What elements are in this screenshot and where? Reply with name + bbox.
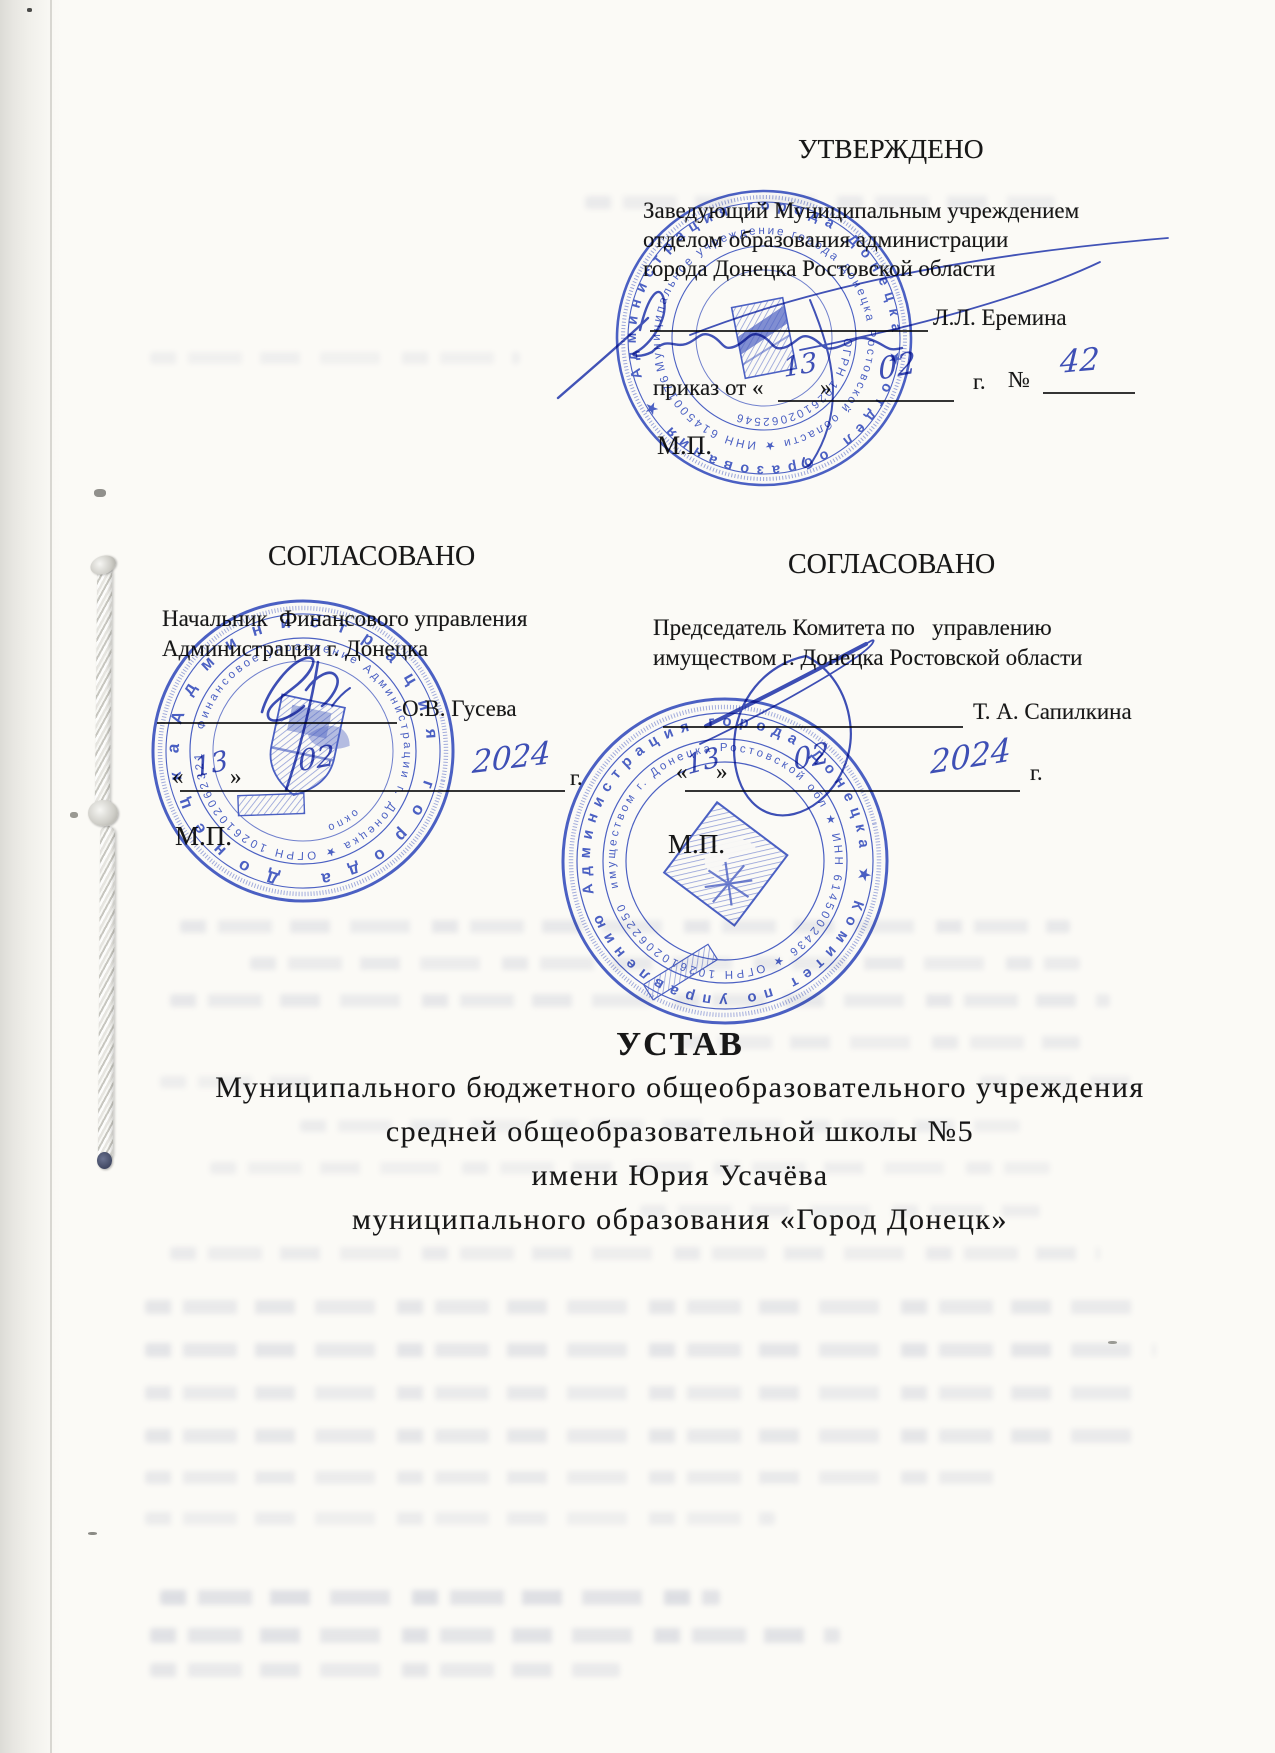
binding-thread-lower xyxy=(98,826,115,1160)
thread-end-bead xyxy=(97,1152,112,1169)
scan-speck xyxy=(70,812,78,818)
binding-thread-upper xyxy=(95,566,113,810)
thread-knot-top xyxy=(88,552,119,578)
bleedthrough-line xyxy=(145,1386,1145,1400)
document-title-line-3: средней общеобразовательной школы №5 xyxy=(150,1115,1210,1149)
document-title-line-2: Муниципального бюджетного общеобразовате… xyxy=(150,1071,1210,1105)
scan-speck xyxy=(1108,1341,1117,1344)
bleedthrough-line xyxy=(150,1628,840,1643)
bleedthrough-line xyxy=(160,1590,720,1605)
thread-knot-middle xyxy=(88,800,118,826)
bleedthrough-line xyxy=(145,1429,1150,1443)
order-month-handwritten: 02 xyxy=(877,345,916,388)
scan-speck xyxy=(88,1532,97,1535)
signature-sapilkina xyxy=(690,630,890,830)
bleedthrough-line xyxy=(145,1512,775,1525)
bleedthrough-line xyxy=(150,352,520,364)
order-number-handwritten: 42 xyxy=(1059,341,1100,381)
agreed-right-year-handwritten: 2024 xyxy=(930,730,1011,781)
bleedthrough-line xyxy=(145,1471,1005,1484)
bleedthrough-line xyxy=(150,1663,620,1677)
scan-speck xyxy=(27,8,32,12)
agreed-left-month-handwritten: 02 xyxy=(298,738,336,779)
bleedthrough-line xyxy=(145,1343,1155,1357)
scan-speck xyxy=(94,489,106,497)
agreed-right-heading: СОГЛАСОВАНО xyxy=(788,549,995,581)
document-title-line-4: имени Юрия Усачёва xyxy=(150,1159,1210,1193)
order-day-handwritten: 13 xyxy=(782,347,818,384)
document-title-line-5: муниципального образования «Город Донецк… xyxy=(150,1203,1210,1237)
bleedthrough-line xyxy=(170,1247,1100,1260)
agreed-right-signer-name: Т. А. Сапилкина xyxy=(973,699,1132,725)
agreed-left-heading: СОГЛАСОВАНО xyxy=(268,541,475,573)
agreed-right-year-label: г. xyxy=(1030,760,1043,786)
bleedthrough-line xyxy=(145,1300,1145,1314)
scanned-document-page: УТВЕРЖДЕНО Заведующий Муниципальным учре… xyxy=(0,0,1275,1753)
